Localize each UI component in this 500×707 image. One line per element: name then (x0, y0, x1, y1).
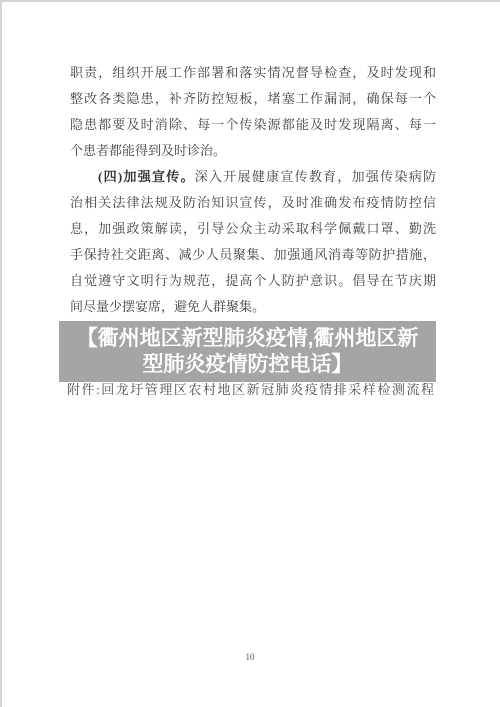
body-text-block: 职责，组织开展工作部署和落实情况督导检查，及时发现和整改各类隐患，补齐防控短板，… (70, 60, 436, 320)
body-line: 隐患都要及时消除、每一个传染源都能及时发现隔离、每一 (70, 112, 436, 138)
body-line: 治相关法律法规及防治知识宣传，及时准确发布疫情防控信 (70, 190, 436, 216)
page-number: 10 (0, 652, 500, 662)
attachment-line: 附件:回龙圩管理区农村地区新冠肺炎疫情排采样检测流程 (67, 381, 434, 399)
page-edge-top (0, 0, 500, 2)
body-line: 自觉遵守文明行为规范，提高个人防护意识。倡导在节庆期 (70, 268, 436, 294)
banner-title-line: 型肺炎疫情防控电话】 (59, 352, 436, 378)
body-line-bold-heading: (四)加强宣传。 (98, 169, 195, 184)
body-line: 个患者都能得到及时诊治。 (70, 138, 436, 164)
page-edge-left (0, 0, 2, 707)
body-line: 息，加强政策解读，引导公众主动采取科学佩戴口罩、勤洗 (70, 216, 436, 242)
banner-title-line: 【衢州地区新型肺炎疫情,衢州地区新 (59, 326, 436, 352)
body-line: (四)加强宣传。深入开展健康宣传教育，加强传染病防 (70, 164, 436, 190)
body-line: 整改各类隐患，补齐防控短板，堵塞工作漏洞，确保每一个 (70, 86, 436, 112)
document-page: 职责，组织开展工作部署和落实情况督导检查，及时发现和整改各类隐患，补齐防控短板，… (0, 0, 500, 707)
body-line: 手保持社交距离、减少人员聚集、加强通风消毒等防护措施， (70, 242, 436, 268)
overlay-title-banner: 【衢州地区新型肺炎疫情,衢州地区新型肺炎疫情防控电话】 (59, 321, 436, 382)
body-line: 职责，组织开展工作部署和落实情况督导检查，及时发现和 (70, 60, 436, 86)
body-line: 间尽量少摆宴席，避免人群聚集。 (70, 294, 436, 320)
